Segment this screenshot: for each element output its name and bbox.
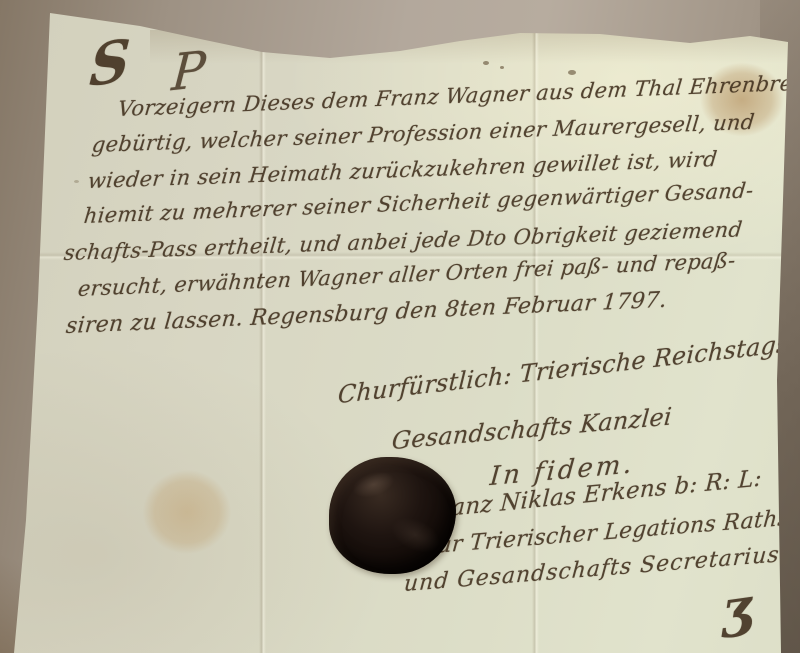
- closing-line-1: Churfürstlich: Trierische Reichstags: [337, 329, 789, 409]
- opening-flourish-s: S: [88, 26, 133, 101]
- photo-of-historical-letter: S P Vorzeigern Dieses dem Franz Wagner a…: [0, 0, 800, 653]
- signature-flourish: ʒ: [721, 576, 753, 641]
- paper-stain-bottom-left: [128, 456, 246, 568]
- ink-speck: [483, 61, 489, 65]
- ink-speck: [500, 66, 504, 69]
- top-fold-shading: [150, 30, 790, 72]
- wax-seal: [329, 457, 456, 574]
- ink-speck: [74, 180, 79, 183]
- ink-speck: [568, 70, 576, 75]
- document-paper: S P Vorzeigern Dieses dem Franz Wagner a…: [0, 0, 800, 653]
